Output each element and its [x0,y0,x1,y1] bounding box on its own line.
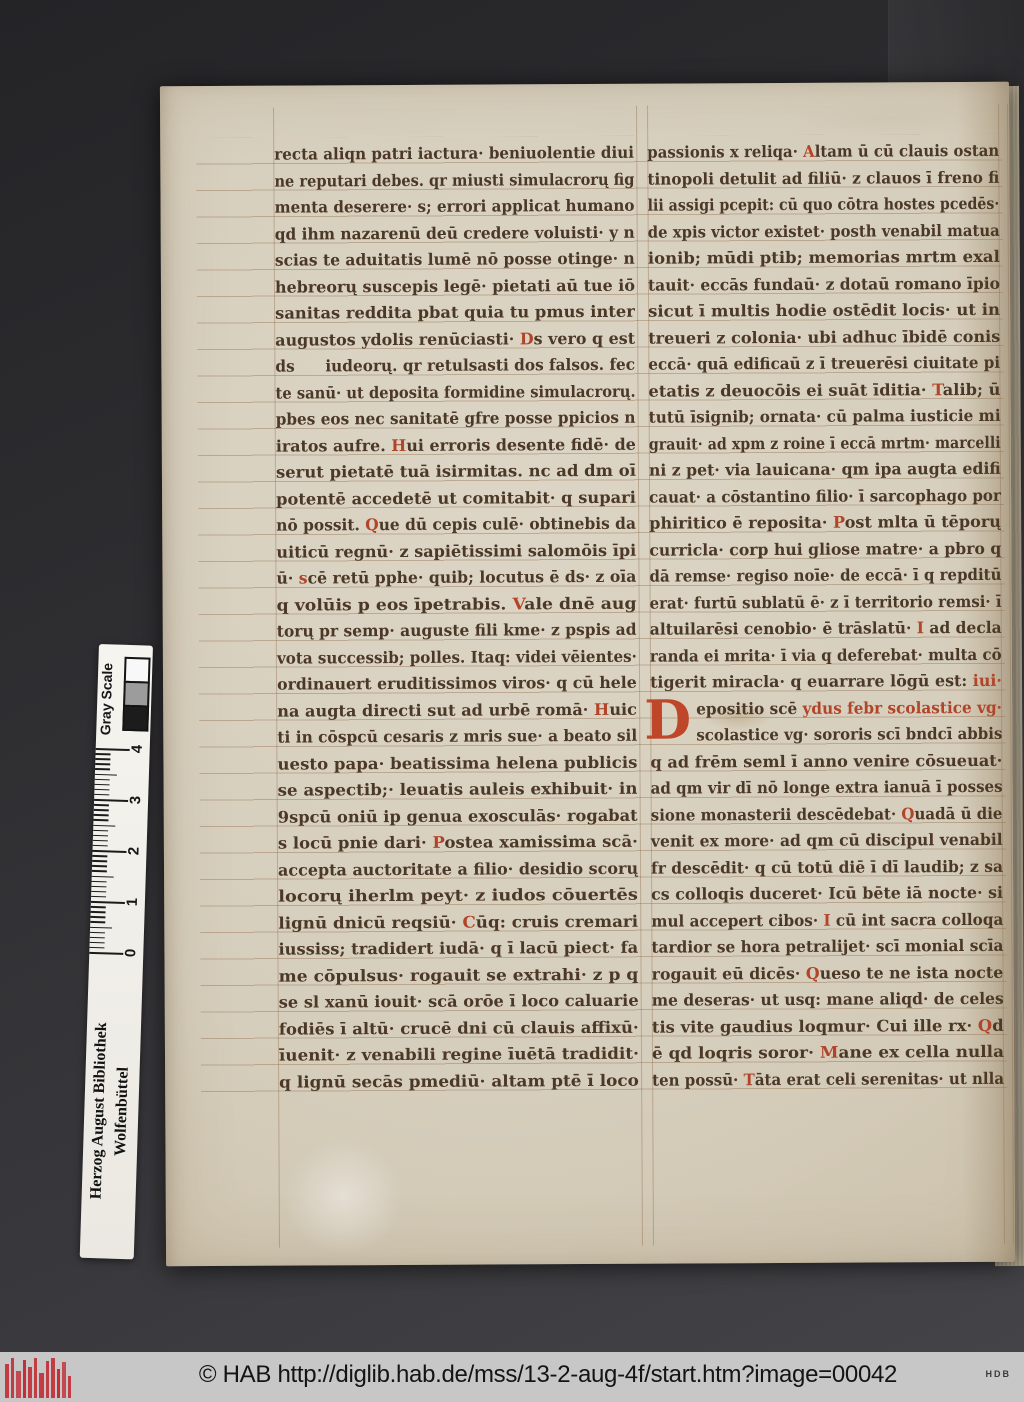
manuscript-text-line: iratos aufre. Hui erroris desente fidē· … [276,431,636,459]
ink-text: torų pr semp· auguste fili kme· z pspis … [277,620,637,641]
ink-text: tigerit miracla· q euarrare lōgū est: [650,671,973,692]
rubric-text: A [803,142,815,161]
manuscript-text-line: iussiss; tradidert iudā· q ī lacū piect·… [278,935,638,963]
ink-text: uic [609,699,637,718]
rubric-text: V [512,594,524,613]
ink-text: ane ex cella nulla [838,1042,1004,1062]
ink-text: uadā ū die [914,803,1002,822]
manuscript-text-line: randa ei mrita· ī via q deferebat· multa… [650,641,1002,669]
manuscript-text-line: augustos ydolis renūciasti· Ds vero q es… [275,325,635,353]
ink-text: ui erroris desente fidē· de [406,434,636,454]
ink-text: s locū pnie dari· [278,833,433,853]
ink-text: augustos ydolis renūciasti· [275,329,520,349]
ink-text: cū int sacra colloqa [831,909,1004,929]
manuscript-text-line: tis vite gaudius loqmur· Cui ille rx· Qd [652,1012,1004,1040]
manuscript-text-line: mul accepert cibos· I cū int sacra collo… [651,906,1003,934]
manuscript-text-line: me cōpulsus· rogauit se extrahi· z p q [279,961,639,989]
ink-text: accepta auctoritate a filio· desidio sco… [278,858,638,879]
ink-text: altuilarēsi cenobio· ē trāslatū· [650,618,917,638]
corner-code: HDB [986,1369,1012,1379]
ruler-tick [94,804,109,806]
ruler-tick [92,870,107,872]
ruler-tick [89,947,104,949]
ink-text: fodiēs ī altū· crucē dni cū clauis affix… [279,1017,639,1038]
manuscript-text-line: accepta auctoritate a filio· desidio sco… [278,855,638,883]
text-column-left: recta aliqn patri iactura· beniuolentie … [274,140,639,1096]
ink-text: scias te aduitatis lumē nō posse otinge·… [275,249,635,270]
ink-text: iussiss; tradidert iudā· q ī lacū piect·… [278,938,638,959]
ruler-number-1: 1 [124,892,143,913]
manuscript-text-line: te sanū· ut deposita formidine simulacro… [275,378,635,406]
ink-text: lii assigi pcepit: cū quo cōtra hostes p… [647,194,999,215]
ruler-tick [90,921,105,923]
gray-scale-swatch [122,705,149,732]
ink-text: uesto papa· beatissima helena publicis [277,752,637,773]
ruler-tick [91,911,106,913]
gray-scale-label: Gray Scale [97,654,124,745]
manuscript-text-line: tigerit miracla· q euarrare lōgū est: iu… [650,668,1002,696]
manuscript-text-line: q lignū secās pmediū· altam ptē ī loco [279,1067,639,1095]
ink-text: nō possit. [276,515,365,534]
ink-text: serut pietatē tuā isirmitas. nc ad dm oī [276,461,636,482]
ruler-tick [92,880,107,882]
rubric-text: Q [901,804,914,823]
ink-text: se sl xanū iouit· scā orōe ī loco caluar… [279,991,639,1012]
ruler-tick [94,809,109,811]
ink-text: grauit· ad xpm z roine ī eccā mrtm· marc… [649,432,1001,453]
ruler-tick [93,840,108,842]
ink-text: epositio scē [696,698,802,718]
ink-text: īuenit· z venabili regine īuētā tradidit… [279,1044,639,1065]
manuscript-text-line: lii assigi pcepit: cū quo cōtra hostes p… [647,191,999,219]
ink-text: ueso te ne ista nocte [820,962,1004,982]
ruler-tick [92,865,107,867]
manuscript-text-line: ti in cōspcū cesaris z mris sue· a beato… [277,723,637,751]
digitized-manuscript-scan: { "colors":{ "background":"#343437","par… [0,0,1024,1402]
ink-text: venit ex more· ad qm cū discipul venabil [651,830,1003,851]
ink-text: de xpis victor existet· posth venabil ma… [648,220,1000,241]
rubric-text: ydus febr scolastice vg· [802,697,1002,717]
ruler-tick [91,896,106,898]
ink-text: ordinauert eruditissimos viros· q cū hel… [277,673,637,694]
manuscript-text-line: hebreorų suscepis legē· pietati aū tue i… [275,272,635,300]
ink-text: sanitas reddita pbat quia tu pmus inter [275,302,635,323]
ink-text: 9spcū oniū ip genua exosculās· rogabat [278,805,638,826]
manuscript-text-line: q volūis p eos īpetrabis. Vale dnē aug [277,590,637,618]
ruler-tick [91,891,106,893]
ink-text: pbes eos nec sanitatē gfre posse ppicios… [276,408,636,429]
manuscript-text-line: me deseras· ut usq: mane aliqd· de celes [652,986,1004,1014]
ink-text: āta erat celi serenitas· ut nlla [755,1068,1004,1088]
ink-text: q volūis p eos īpetrabis. [277,594,513,614]
manuscript-text-line: lignū dnicū reqsiū· Cūq: cruis cremari [278,908,638,936]
ruler-tick [96,748,130,751]
ink-text: ad qm vir dī nō longe extra ianuā ī poss… [651,777,1003,798]
ink-text: vota successib; polles. Itaq: videi vēie… [277,646,637,667]
manuscript-text-line: q ad frēm seml ī anno venire cōsueuat· [650,747,1002,775]
ruler-tick [90,931,105,933]
rubric-text: iui· [973,671,1002,690]
manuscript-text-line: treueri z colonia· ubi adhuc ībidē conis [648,323,1000,351]
ruler-number-3: 3 [127,790,146,811]
ink-text: ū· [276,569,298,588]
ruler-tick [90,937,105,939]
institution-label: Herzog August Bibliothek Wolfenbüttel [83,970,140,1253]
ink-text: ni z pet· via lauicana· qm ipa augta edi… [649,459,1001,480]
ink-text: ionib; mūdi ptib; memorias mrtm exal [648,247,1000,268]
ruler-number-2: 2 [125,841,144,862]
manuscript-text-line: ne reputari debes. qr miusti simulacrorų… [274,166,634,194]
manuscript-text-line: sanitas reddita pbat quia tu pmus inter [275,299,635,327]
rubric-text: Q [365,515,379,534]
rubric-text: T [932,380,943,399]
ink-text: randa ei mrita· ī via q deferebat· multa… [650,644,1002,665]
rubric-text: H [594,699,609,718]
manuscript-text-line: 9spcū oniū ip genua exosculās· rogabat [278,802,638,830]
ink-text: me deseras· ut usq: mane aliqd· de celes [652,989,1004,1010]
ink-text: cs colloqis duceret· Icū bēte iā nocte· … [651,883,1003,904]
manuscript-text-line: na augta directi sut ad urbē romā· Huic [277,696,637,724]
manuscript-text-line: se aspectib;· leuatis auleis exhibuit· i… [278,776,638,804]
ink-text: scolastice vg· sororis scī bndcī abbis [696,724,1002,745]
ink-text: iratos aufre. [276,436,392,456]
manuscript-text-line: eccā· quā edificaū z ī treuerēsi ciuitat… [648,350,1000,378]
ruler-ticks [99,644,153,646]
ruler-tick [94,814,109,816]
ruler-number-0: 0 [122,943,141,964]
ink-text: ad decla [924,618,1002,637]
manuscript-text-line: scias te aduitatis lumē nō posse otinge·… [275,246,635,274]
ruler-tick [94,799,128,802]
manuscript-text-line: tutū īsignib; ornata· cū palma iusticie … [649,403,1001,431]
manuscript-text-line: fodiēs ī altū· crucē dni cū clauis affix… [279,1014,639,1042]
manuscript-text-line: tauit· eccās fundaū· z dotaū romano īpio [648,270,1000,298]
ruler-tick [95,779,110,781]
ruler-tick [95,784,110,786]
ruler-tick [91,886,106,888]
ink-text: dā remse· regiso noīe· de eccā· ī q repd… [649,565,1001,586]
backdrop-seam [888,0,1019,84]
ruler-tick [89,952,123,955]
ruler-tick [92,875,114,877]
ruler-tick [91,901,125,904]
manuscript-text-line: locorų iherlm peyt· z iudos cōuertēs [278,882,638,910]
ink-text: tardior se hora petralijet· scī monial s… [651,936,1003,957]
rubric-text: T [744,1070,755,1089]
ink-text: q lignū secās pmediū· altam ptē ī loco [279,1070,639,1091]
ink-text: rogauit eū dicēs· [652,963,806,983]
manuscript-text-line: passionis x reliqa· Altam ū cū clauis os… [647,138,999,166]
manuscript-text-line: tinopoli detulit ad filiū· z clauos ī fr… [647,164,999,192]
ruler-tick [90,916,105,918]
rubric-text: P [833,513,845,532]
ruler-number-4: 4 [128,739,147,760]
manuscript-text-line: curricla· corp hui gliose matre· a pbro … [649,535,1001,563]
ruler-tick [95,768,110,770]
ink-text: mul accepert cibos· [651,910,823,930]
ruler-tick [91,906,106,908]
manuscript-text-line: etatis z deuocōis ei suāt īditia· Talib;… [648,376,1000,404]
manuscript-text-line: uesto papa· beatissima helena publicis [277,749,637,777]
ink-text: ostea xamissima scā· [444,832,637,852]
ink-text: ds iudeorų. qr retulsasti dos falsos. fe… [275,355,635,376]
manuscript-text-line: epositio scē ydus febr scolastice vg· [650,694,1002,722]
parchment-stain [800,100,980,137]
ink-text: qd ihm nazarenū deū credere voluisti· y … [275,222,635,243]
rubric-text: P [432,833,444,852]
manuscript-text-line: sicut ī multis hodie ostēdit locis· ut i… [648,297,1000,325]
manuscript-text-line: se sl xanū iouit· scā orōe ī loco caluar… [279,988,639,1016]
manuscript-text-line: venit ex more· ad qm cū discipul venabil [651,827,1003,855]
ink-text: treueri z colonia· ubi adhuc ībidē conis [648,326,1000,347]
manuscript-text-line: de xpis victor existet· posth venabil ma… [648,217,1000,245]
ink-text: menta deserere· s; errori applicat human… [275,196,635,217]
ink-text: q ad frēm seml ī anno venire cōsueuat· [650,750,1002,771]
manuscript-text-line: rogauit eū dicēs· Queso te ne ista nocte [652,959,1004,987]
copyright-url: © HAB http://diglib.hab.de/mss/13-2-aug-… [0,1361,1024,1389]
vertical-ruling [160,82,1009,86]
rubric-text: M [820,1043,839,1062]
rubric-text: D [520,329,534,348]
ink-text: erat· furtū sublatū ē· z ī territorio re… [650,591,1002,612]
ink-text: ne reputari debes. qr miusti simulacrorų… [274,169,634,190]
ink-text: tis vite gaudius loqmur· Cui ille rx· [652,1015,978,1036]
ruler-tick [90,942,105,944]
ruler-tick [94,794,109,796]
ink-text: me cōpulsus· rogauit se extrahi· z p q [279,964,639,985]
ink-text: sione monasterii descēdebat· [651,804,902,824]
ruler-tick [93,835,108,837]
ruler-tick [93,824,115,826]
ink-text: na augta directi sut ad urbē romā· [277,699,594,720]
ink-text: ten possū· [652,1070,744,1089]
rubricated-initial-D: D [644,693,688,747]
manuscript-text-line: s locū pnie dari· Postea xamissima scā· [278,829,638,857]
manuscript-text-line: tardior se hora petralijet· scī monial s… [651,933,1003,961]
ruler-tick [92,860,107,862]
ink-text: hebreorų suscepis legē· pietati aū tue i… [275,275,635,296]
ink-text: passionis x reliqa· [647,142,803,162]
ink-text: tutū īsignib; ornata· cū palma iusticie … [649,406,1001,427]
ruler-tick [92,855,107,857]
manuscript-text-line: phiritico ē reposita· Post mlta ū tēporų [649,509,1001,537]
ink-text: d [992,1015,1004,1034]
ink-text: s vero q est [534,328,636,348]
ink-text: recta aliqn patri iactura· beniuolentie … [274,143,634,164]
rubric-text: Q [806,963,820,982]
manuscript-text-line: erat· furtū sublatū ē· z ī territorio re… [650,588,1002,616]
ruler-tick [94,789,109,791]
ink-text: locorų iherlm peyt· z iudos cōuertēs [278,885,638,906]
manuscript-text-line: menta deserere· s; errori applicat human… [274,193,634,221]
ink-text: alib; ū [943,379,1001,398]
rubric-text: C [462,912,475,931]
ink-text: phiritico ē reposita· [649,513,833,533]
manuscript-page: recta aliqn patri iactura· beniuolentie … [160,82,1015,1266]
ink-text: cauat· a cōstantino filio· ī sarcophago … [649,485,1001,506]
ink-text: ue dū cepis culē· obtinebis da [379,514,636,534]
manuscript-text-line: vota successib; polles. Itaq: videi vēie… [277,643,637,671]
manuscript-text-line: pbes eos nec sanitatē gfre posse ppicios… [276,405,636,433]
ruler-tick [93,819,108,821]
manuscript-text-line: torų pr semp· auguste fili kme· z pspis … [277,617,637,645]
manuscript-text-line: īuenit· z venabili regine īuētā tradidit… [279,1041,639,1069]
ink-text: te sanū· ut deposita formidine simulacro… [275,381,635,402]
manuscript-text-line: cauat· a cōstantino filio· ī sarcophago … [649,482,1001,510]
gray-scale-swatches [122,657,150,732]
ruler-tick [95,758,110,760]
manuscript-text-line: nō possit. Que dū cepis culē· obtinebis … [276,511,636,539]
manuscript-text-line: ionib; mūdi ptib; memorias mrtm exal [648,244,1000,272]
ruler-tick [93,845,108,847]
ink-text: tauit· eccās fundaū· z dotaū romano īpio [648,273,1000,294]
manuscript-text-line: grauit· ad xpm z roine ī eccā mrtm· marc… [649,429,1001,457]
gray-scale-ruler: Gray Scale Herzog August Bibliothek Wolf… [80,644,153,1259]
ruler-tick [95,773,117,775]
manuscript-text-line: scolastice vg· sororis scī bndcī abbis [650,721,1002,749]
ruler-tick [96,753,111,755]
manuscript-text-line: ē qd loqris soror· Mane ex cella nulla [652,1039,1004,1067]
gray-scale-swatch [124,657,151,684]
ruler-tick [90,926,112,928]
text-column-right: passionis x reliqa· Altam ū cū clauis os… [647,138,1004,1094]
ink-text: uiticū regnū· z sapiētissimi salomōis īp… [276,540,636,561]
ruler-tick [92,850,126,853]
manuscript-text-line: ū· scē retū pphe· quib; locutus ē ds· z … [276,564,636,592]
ink-text: eccā· quā edificaū z ī treuerēsi ciuitat… [648,353,1000,374]
manuscript-text-line: dā remse· regiso noīe· de eccā· ī q repd… [649,562,1001,590]
manuscript-text-line: ten possū· Tāta erat celi serenitas· ut … [652,1065,1004,1093]
ink-text: potentē accedetē ut comitabit· q supari [276,487,636,508]
manuscript-text-line: ordinauert eruditissimos viros· q cū hel… [277,670,637,698]
ink-text: etatis z deuocōis ei suāt īditia· [648,380,932,400]
manuscript-text-line: ds iudeorų. qr retulsasti dos falsos. fe… [275,352,635,380]
ink-text: curricla· corp hui gliose matre· a pbro … [649,538,1001,559]
ink-text: sicut ī multis hodie ostēdit locis· ut i… [648,300,1000,321]
manuscript-text-line: sione monasterii descēdebat· Quadā ū die [651,800,1003,828]
manuscript-text-line: potentē accedetē ut comitabit· q supari [276,484,636,512]
ruler-tick [95,763,110,765]
rubric-text: H [391,435,406,454]
gray-scale-swatch [123,681,150,708]
ink-text: ltam ū cū clauis ostan [815,141,1000,161]
ink-text: cē retū pphe· quib; locutus ē ds· z oīa [308,567,637,588]
rubric-text: s [299,568,308,587]
manuscript-text-line: serut pietatē tuā isirmitas. nc ad dm oī [276,458,636,486]
ink-text: ti in cōspcū cesaris z mris sue· a beato… [277,726,637,747]
manuscript-text-line: ad qm vir dī nō longe extra ianuā ī poss… [651,774,1003,802]
ink-text: ost mlta ū tēporų [845,512,1001,532]
ink-text: fr descēdit· q cū totū diē ī dī laudib; … [651,856,1003,877]
manuscript-text-line: cs colloqis duceret· Icū bēte iā nocte· … [651,880,1003,908]
manuscript-text-line: uiticū regnū· z sapiētissimi salomōis īp… [276,537,636,565]
manuscript-text-line: fr descēdit· q cū totū diē ī dī laudib; … [651,853,1003,881]
ink-text: ūq: cruis cremari [476,911,638,931]
manuscript-text-line: altuilarēsi cenobio· ē trāslatū· I ad de… [650,615,1002,643]
rubric-text: Q [978,1015,992,1034]
manuscript-text-line: recta aliqn patri iactura· beniuolentie … [274,140,634,168]
rubric-text: I [917,618,924,637]
manuscript-text-line: qd ihm nazarenū deū credere voluisti· y … [275,219,635,247]
manuscript-text-line: ni z pet· via lauicana· qm ipa augta edi… [649,456,1001,484]
ruler-tick [93,830,108,832]
ink-text: tinopoli detulit ad filiū· z clauos ī fr… [647,167,999,188]
footer-bar: © HAB http://diglib.hab.de/mss/13-2-aug-… [0,1352,1024,1402]
parchment-stain [283,1137,404,1256]
ink-text: ale dnē aug [524,593,636,613]
ink-text: lignū dnicū reqsiū· [278,912,462,932]
ink-text: ē qd loqris soror· [652,1043,820,1063]
ink-text: se aspectib;· leuatis auleis exhibuit· i… [278,779,638,800]
